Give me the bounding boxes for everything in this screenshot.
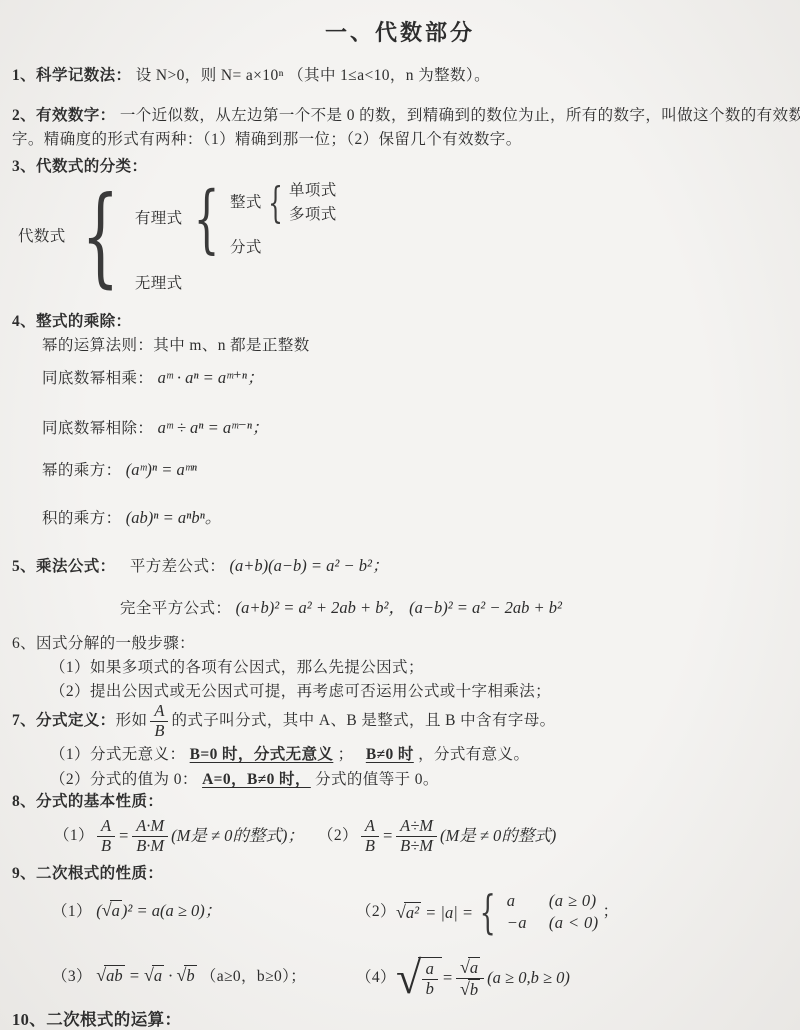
equals-sign: = bbox=[382, 824, 393, 848]
integral-label: 整式 bbox=[230, 191, 262, 215]
radicand: a bbox=[468, 957, 480, 977]
denominator: B bbox=[361, 837, 379, 856]
left-fraction: A B bbox=[97, 817, 115, 856]
rule-formula: (ab)ⁿ = aⁿbⁿ。 bbox=[126, 508, 221, 527]
fraction-properties-row: （1） A B = A·M B·M (M是 ≠ 0的整式)； （2） A B =… bbox=[54, 812, 556, 860]
section-2-body1: 一个近似数，从左边第一个不是 0 的数，到精确到的数位为止，所有的数字，叫做这个… bbox=[120, 107, 800, 124]
radicand: a bbox=[110, 900, 122, 920]
denominator: B·M bbox=[132, 837, 168, 856]
rule-same-base-divide: 同底数幂相除： aᵐ ÷ aⁿ = aᵐ⁻ⁿ； bbox=[42, 416, 268, 441]
page-title: 一、代数部分 bbox=[0, 16, 800, 47]
cases-brace: { bbox=[480, 889, 496, 935]
tree-level1: 有理式 { 整式 { 单项式 多项式 分式 无理式 bbox=[135, 179, 337, 296]
denominator: B bbox=[150, 722, 168, 741]
item-rest: ，分式有意义。 bbox=[418, 746, 529, 763]
property-2-number: （2） bbox=[318, 824, 358, 848]
condition-note: (a ≥ 0,b ≥ 0) bbox=[487, 966, 570, 990]
rule-label: 幂的乘方： bbox=[42, 462, 122, 479]
equals-sign: = bbox=[442, 966, 453, 990]
item-label: （2）分式的值为 0： bbox=[50, 771, 198, 788]
denominator: √b bbox=[456, 979, 484, 1000]
fraction-def-pre: 形如 bbox=[116, 709, 148, 733]
section-9-heading: 9、二次根式的性质： bbox=[12, 862, 163, 886]
rational-branch: 有理式 { 整式 { 单项式 多项式 分式 bbox=[135, 179, 337, 260]
section-6-heading: 6、因式分解的一般步骤： bbox=[12, 632, 195, 656]
inner-brace: { bbox=[268, 182, 283, 224]
fraction-label: 分式 bbox=[230, 236, 337, 260]
irrational-label: 无理式 bbox=[135, 272, 337, 296]
case-2-condition: (a < 0) bbox=[531, 912, 603, 934]
equals-abs: = |a| = bbox=[421, 903, 473, 922]
classification-tree: 代数式 { 有理式 { 整式 { 单项式 多项式 分式 无理式 bbox=[18, 176, 337, 298]
radicand: a² bbox=[404, 902, 421, 922]
section-2: 2、有效数字： 一个近似数，从左边第一个不是 0 的数，到精确到的数位为止，所有… bbox=[12, 104, 800, 152]
property-1-note: (M是 ≠ 0的整式)； bbox=[171, 824, 304, 848]
radicand: a bbox=[152, 965, 164, 985]
scanned-math-notes-page: { "title": "一、代数部分", "sym": {"sqrt": "√"… bbox=[0, 0, 800, 1030]
numerator: A bbox=[97, 817, 115, 837]
section-7-heading: 7、分式定义： bbox=[12, 709, 116, 733]
rule-formula: aᵐ ÷ aⁿ = aᵐ⁻ⁿ； bbox=[158, 418, 269, 437]
property-1-number: （1） bbox=[54, 824, 94, 848]
perfect-square-line: 完全平方公式： (a+b)² = a² + 2ab + b²， (a−b)² =… bbox=[120, 596, 562, 621]
item-label: （1）分式无意义： bbox=[50, 746, 185, 763]
underlined-condition-1: B=0 时，分式无意义 bbox=[190, 746, 334, 763]
section-2-heading: 2、有效数字： bbox=[12, 107, 116, 124]
rule-label: 同底数幂相除： bbox=[42, 420, 153, 437]
numerator: A bbox=[150, 702, 168, 722]
denominator: B bbox=[97, 837, 115, 856]
perfect-square-formula: (a+b)² = a² + 2ab + b²， (a−b)² = a² − 2a… bbox=[236, 598, 562, 617]
section-1-body: 设 N>0，则 N= a×10ⁿ （其中 1≤a<10，n 为整数）。 bbox=[136, 67, 490, 84]
radicand: b bbox=[468, 979, 480, 999]
polynomial-label: 多项式 bbox=[289, 203, 337, 227]
item-rest: 分式的值等于 0。 bbox=[315, 771, 439, 788]
radical-property-1: （1） (√a)² = a(a ≥ 0)； bbox=[52, 898, 221, 924]
section-2-line1: 2、有效数字： 一个近似数，从左边第一个不是 0 的数，到精确到的数位为止，所有… bbox=[12, 104, 800, 128]
radicand: b bbox=[184, 965, 196, 985]
square-difference-label: 平方差公式： bbox=[130, 558, 225, 575]
section-7-heading-line: 7、分式定义： 形如 A B 的式子叫分式，其中 A、B 是整式，且 B 中含有… bbox=[12, 700, 556, 742]
tree-level2: 整式 { 单项式 多项式 分式 bbox=[230, 179, 337, 260]
section-2-line2: 字。精确度的形式有两种：（1）精确到那一位；（2）保留几个有效数字。 bbox=[12, 128, 800, 152]
rule-power-of-product: 积的乘方： (ab)ⁿ = aⁿbⁿ。 bbox=[42, 506, 221, 531]
numerator: a bbox=[422, 960, 438, 980]
radical-property-3: （3） √ab = √a · √b （a≥0，b≥0）； bbox=[52, 963, 306, 989]
outer-brace: { bbox=[81, 183, 119, 291]
right-fraction: A·M B·M bbox=[132, 817, 168, 856]
rule-formula: (aᵐ)ⁿ = aᵐⁿ bbox=[126, 460, 197, 479]
monomial-label: 单项式 bbox=[289, 179, 337, 203]
section-4-heading: 4、整式的乘除： bbox=[12, 310, 131, 334]
section-1: 1、科学记数法： 设 N>0，则 N= a×10ⁿ （其中 1≤a<10，n 为… bbox=[12, 64, 490, 88]
integral-branch: 整式 { 单项式 多项式 bbox=[230, 179, 337, 227]
underlined-condition-2: B≠0 时 bbox=[366, 746, 414, 763]
case-1-value: a bbox=[503, 890, 531, 912]
fraction-def-post: 的式子叫分式，其中 A、B 是整式，且 B 中含有字母。 bbox=[171, 709, 555, 733]
fraction-zero-line: （2）分式的值为 0： A=0，B≠0 时， 分式的值等于 0。 bbox=[50, 768, 439, 792]
fraction-undefined-line: （1）分式无意义： B=0 时，分式无意义 ； B≠0 时 ，分式有意义。 bbox=[50, 743, 529, 767]
radical-property-2: （2） √a² = |a| = { a (a ≥ 0) −a (a < 0) ； bbox=[356, 884, 618, 940]
case-1-condition: (a ≥ 0) bbox=[531, 890, 603, 912]
rule-label: 同底数幂相乘： bbox=[42, 370, 153, 387]
perfect-square-label: 完全平方公式： bbox=[120, 600, 231, 617]
section-10-heading: 10、二次根式的运算： bbox=[12, 1008, 181, 1030]
section-8-heading: 8、分式的基本性质： bbox=[12, 790, 163, 814]
rule-same-base-multiply: 同底数幂相乘： aᵐ · aⁿ = aᵐ⁺ⁿ； bbox=[42, 366, 263, 391]
item-number: （2） bbox=[356, 900, 396, 924]
condition-note: （a≥0，b≥0）； bbox=[201, 968, 306, 985]
tree-root-label: 代数式 bbox=[18, 225, 66, 249]
item-number: （3） bbox=[52, 968, 92, 985]
numerator: √a bbox=[456, 957, 484, 979]
end-punctuation: ； bbox=[603, 900, 619, 924]
radicand-fraction: a b bbox=[418, 957, 442, 999]
right-fraction: √a √b bbox=[456, 957, 484, 1000]
power-rules-note: 幂的运算法则：其中 m、n 都是正整数 bbox=[42, 334, 310, 358]
tree-level3: 单项式 多项式 bbox=[289, 179, 337, 227]
section-1-heading: 1、科学记数法： bbox=[12, 67, 131, 84]
rule-power-of-power: 幂的乘方： (aᵐ)ⁿ = aᵐⁿ bbox=[42, 458, 197, 483]
radicand: ab bbox=[104, 965, 125, 985]
middle-brace: { bbox=[193, 182, 219, 256]
formula-rest: )² = a(a ≥ 0)； bbox=[122, 901, 221, 920]
denominator: B÷M bbox=[396, 837, 437, 856]
case-2-value: −a bbox=[503, 912, 531, 934]
numerator: A bbox=[361, 817, 379, 837]
right-fraction: A÷M B÷M bbox=[396, 817, 437, 856]
rational-label: 有理式 bbox=[135, 207, 183, 231]
fraction-A-over-B: A B bbox=[150, 702, 168, 741]
item-number: （1） bbox=[52, 903, 92, 920]
rule-label: 积的乘方： bbox=[42, 510, 122, 527]
numerator: A·M bbox=[132, 817, 168, 837]
left-fraction: A B bbox=[361, 817, 379, 856]
big-radical: √ a b bbox=[396, 957, 442, 999]
dot-operator: · bbox=[164, 966, 176, 985]
section-5-heading: 5、乘法公式： bbox=[12, 558, 116, 575]
piecewise-cases: { a (a ≥ 0) −a (a < 0) bbox=[473, 889, 603, 935]
section-5: 5、乘法公式： 平方差公式： (a+b)(a−b) = a² − b²； bbox=[12, 554, 388, 579]
equals-sign: = bbox=[118, 824, 129, 848]
square-difference-formula: (a+b)(a−b) = a² − b²； bbox=[230, 556, 389, 575]
denominator: b bbox=[422, 980, 438, 999]
factoring-step-1: （1）如果多项式的各项有公因式，那么先提公因式； bbox=[50, 656, 424, 680]
numerator: A÷M bbox=[396, 817, 437, 837]
underlined-condition: A=0，B≠0 时， bbox=[202, 771, 311, 788]
property-2-note: (M是 ≠ 0的整式) bbox=[440, 824, 556, 848]
separator: ； bbox=[338, 746, 354, 763]
equals-sign: = bbox=[125, 966, 144, 985]
item-number: （4） bbox=[356, 966, 396, 990]
radical-property-4: （4） √ a b = √a √b (a ≥ 0,b ≥ 0) bbox=[356, 942, 570, 1014]
rule-formula: aᵐ · aⁿ = aᵐ⁺ⁿ； bbox=[158, 368, 264, 387]
